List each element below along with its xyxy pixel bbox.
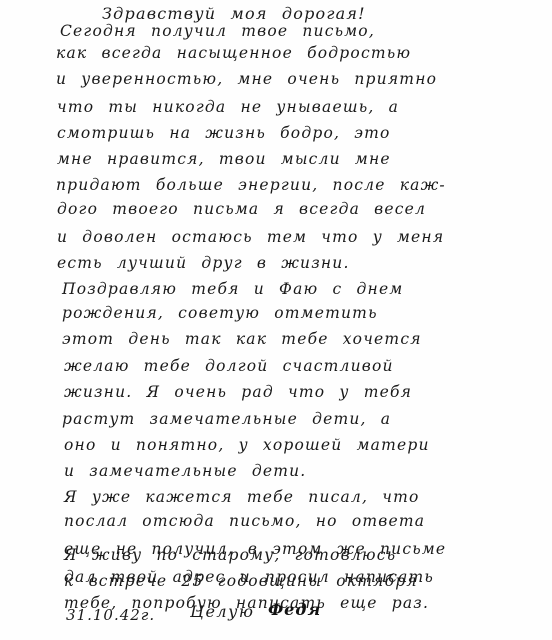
letter-greeting: Здравствуй моя дорогая! bbox=[102, 4, 366, 23]
letter-line: есть лучший друг в жизни. bbox=[57, 254, 350, 272]
letter-line: Я живу по старому, готовлюсь bbox=[64, 546, 396, 564]
letter-line: Поздравляю тебя и Фаю с днем bbox=[62, 280, 403, 298]
letter-line: Я уже кажется тебе писал, что bbox=[64, 488, 420, 506]
letter-line: что ты никогда не унываешь, а bbox=[57, 98, 399, 116]
letter-line: оно и понятно, у хорошей матери bbox=[64, 436, 430, 454]
letter-sign-off: Целую bbox=[190, 602, 254, 621]
letter-line: мне нравится, твои мысли мне bbox=[57, 150, 391, 168]
letter-line: как всегда насыщенное бодростью bbox=[56, 44, 411, 62]
letter-line: желаю тебе долгой счастливой bbox=[64, 357, 394, 375]
letter-line: жизни. Я очень рад что у тебя bbox=[64, 383, 412, 401]
letter-line: этот день так как тебе хочется bbox=[62, 330, 422, 348]
letter-date: 31.10.42г. bbox=[66, 606, 155, 624]
letter-line: и уверенностью, мне очень приятно bbox=[56, 70, 437, 88]
letter-signature: Федя bbox=[268, 600, 321, 619]
letter-line: послал отсюда письмо, но ответа bbox=[64, 512, 425, 530]
letter-line: рождения, советую отметить bbox=[62, 304, 378, 322]
letter-line: и замечательные дети. bbox=[64, 462, 306, 480]
letter-line: к встрече 25 годовщины октября bbox=[64, 572, 418, 590]
letter-line: дого твоего письма я всегда весел bbox=[57, 200, 426, 218]
letter-line: растут замечательные дети, а bbox=[62, 410, 391, 428]
letter-line: и доволен остаюсь тем что у меня bbox=[57, 228, 444, 246]
letter-line: смотришь на жизнь бодро, это bbox=[57, 124, 391, 142]
letter-line: Сегодня получил твое письмо, bbox=[60, 22, 375, 40]
letter-page: Здравствуй моя дорогая! Сегодня получил … bbox=[0, 0, 552, 640]
letter-line: придают больше энергии, после каж- bbox=[56, 176, 446, 194]
